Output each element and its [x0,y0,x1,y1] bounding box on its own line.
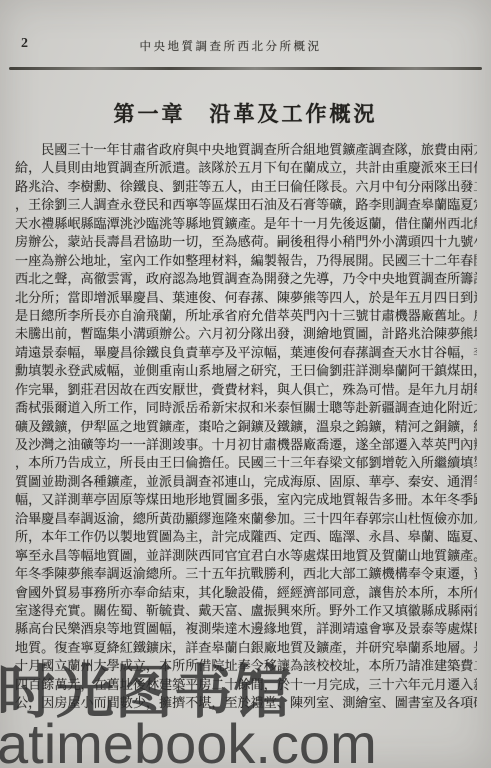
text-line: 礦及鐵鑛，伊犁區之地質鑛產，棗哈之銅鑛及鐵鑛，溫泉之鎢鑛，精河之銅鑛，綏來 [15,418,477,436]
chapter-title: 第一章 沿革及工作概況 [0,98,491,128]
page-header: 2 中央地質調查所西北分所概況 [0,36,491,56]
text-line: 地質。復查寧夏絳紅鐵鑛床，詳查皋蘭白銀廠地質及鑛產，并研究皋蘭系地層。是年 [15,639,477,657]
text-line: 是日總所李所長亦自渝飛蘭，所址承省府允借萃英門內十三號甘肅機器廠舊址。房屋 [15,307,477,325]
header-rule [9,67,482,70]
text-line: 給，人員則由地質調查所派遣。該隊於五月下旬在蘭成立，共計由重慶派來王曰倫、 [15,159,477,177]
text-line: 所，本年工作仍以製地質圖為主，計完成隴西、定西、臨澤、永昌、皋蘭、臨夏、西 [15,528,477,546]
text-line: 洽畢慶昌奉調返渝，總所黃劭顯繆迤隆來蘭參加。三十四年春郭宗山杜恆儉亦加入分 [15,510,477,528]
scanned-document-page: 2 中央地質調查所西北分所概況 第一章 沿革及工作概況 民國三十一年甘肅省政府與… [0,0,491,768]
text-line: 及沙灣之油礦等均一一詳測竣事。十月初甘肅機器廠喬遷，遂全部遷入萃英門內辦公 [15,436,477,454]
running-head: 中央地質調查所西北分所概況 [0,38,461,54]
text-line: 房辦公，蒙站長壽昌君協助一切，至為感荷。嗣後租得小稍門外小溝頭四十九號小樓 [15,233,477,251]
text-line: 北分所；當即增派畢慶昌、葉連俊、何春蓀、陳夢熊等四人，於是年五月四日到達， [15,289,477,307]
text-line: 天水禮縣岷縣臨潭洮沙臨洮等縣地質鑛產。是年十一月先後返蘭，借住蘭州西北航空 [15,215,477,233]
body-text: 民國三十一年甘肅省政府與中央地質調查所合組地質鑛產調查隊，旅費由兩方供給，人員則… [15,141,477,713]
text-line: 幅，又詳測華亭固原等煤田地形地質圖多張，室內完成地質報告多冊。本年冬季路兆 [15,491,477,509]
text-line: 會國外貿易事務所亦奉命結束，其化驗設備，經經濟部同意，讓售於本所，本所化驗 [15,584,477,602]
text-line: ，本所乃告成立，所長由王曰倫擔任。民國三十三年春梁文郁劉增乾入所繼續填製地 [15,454,477,472]
text-line: 室遂得充實。關佐蜀、靳毓貴、戴天富、盧振興來所。野外工作又填徽縣成縣兩當禮 [15,602,477,620]
text-line: 西北之聲，高徹雲霄，政府認為地質調查為開發之先導，乃令中央地質調查所籌設西 [15,270,477,288]
text-line: ，王徐劉三人調查永登民和西寧等區煤田石油及石膏等礦，路李則調查皋蘭臨夏定西 [15,196,477,214]
text-line: 勳填製永登武威幅，並側重南山系地層之研究，王曰倫劉莊詳測皋蘭阿干鎮煤田，工 [15,362,477,380]
text-line: 一座為辦公地址，室內工作如整理材料，編製報告，乃得展開。民國三十二年春開發 [15,252,477,270]
text-line: 民國三十一年甘肅省政府與中央地質調查所合組地質鑛產調查隊，旅費由兩方供 [15,141,477,159]
text-line: 路兆洽、李樹勳、徐鐵良、劉莊等五人，由王曰倫任隊長。六月中旬分兩隊出發工作 [15,178,477,196]
text-line: 寧至永昌等幅地質圖，並詳測陝西同官宜君白水等處煤田地質及賀蘭山地質鑛產。是 [15,547,477,565]
text-line: 作完畢，劉莊君因故在西安厭世，賫費材料，與人俱亡，殊為可惜。是年九月胡敏齋 [15,381,477,399]
text-line: 靖遠景泰幅，畢慶昌徐鐵良負責華亭及平涼幅，葉連俊何春蓀調查天水甘谷幅，李樹 [15,344,477,362]
text-line: 喬栻張爾道入所工作，同時派岳希新宋叔和米泰恒關士聰等赴新疆調查迪化附近之煤 [15,399,477,417]
text-line: 質圖並勘測各種鑛產，並派員調查祁連山，完成海原、固原、華亭、秦安、通渭等圖 [15,473,477,491]
text-line: 未騰出前，暫臨集小溝頭辦公。六月初分隊出發，測繪地質圖，計路兆洽陳夢熊填製 [15,325,477,343]
watermark-url-text: atimebook.com [0,716,377,768]
text-line: 年冬季陳夢熊奉調返渝總所。三十五年抗戰勝利，西北大部工鑛機構奉令東遷，資委 [15,565,477,583]
text-line: 縣高台民樂酒泉等地質圖幅，複測柴達木邊緣地質，詳測靖遠會寧及景泰等處煤田 [15,620,477,638]
